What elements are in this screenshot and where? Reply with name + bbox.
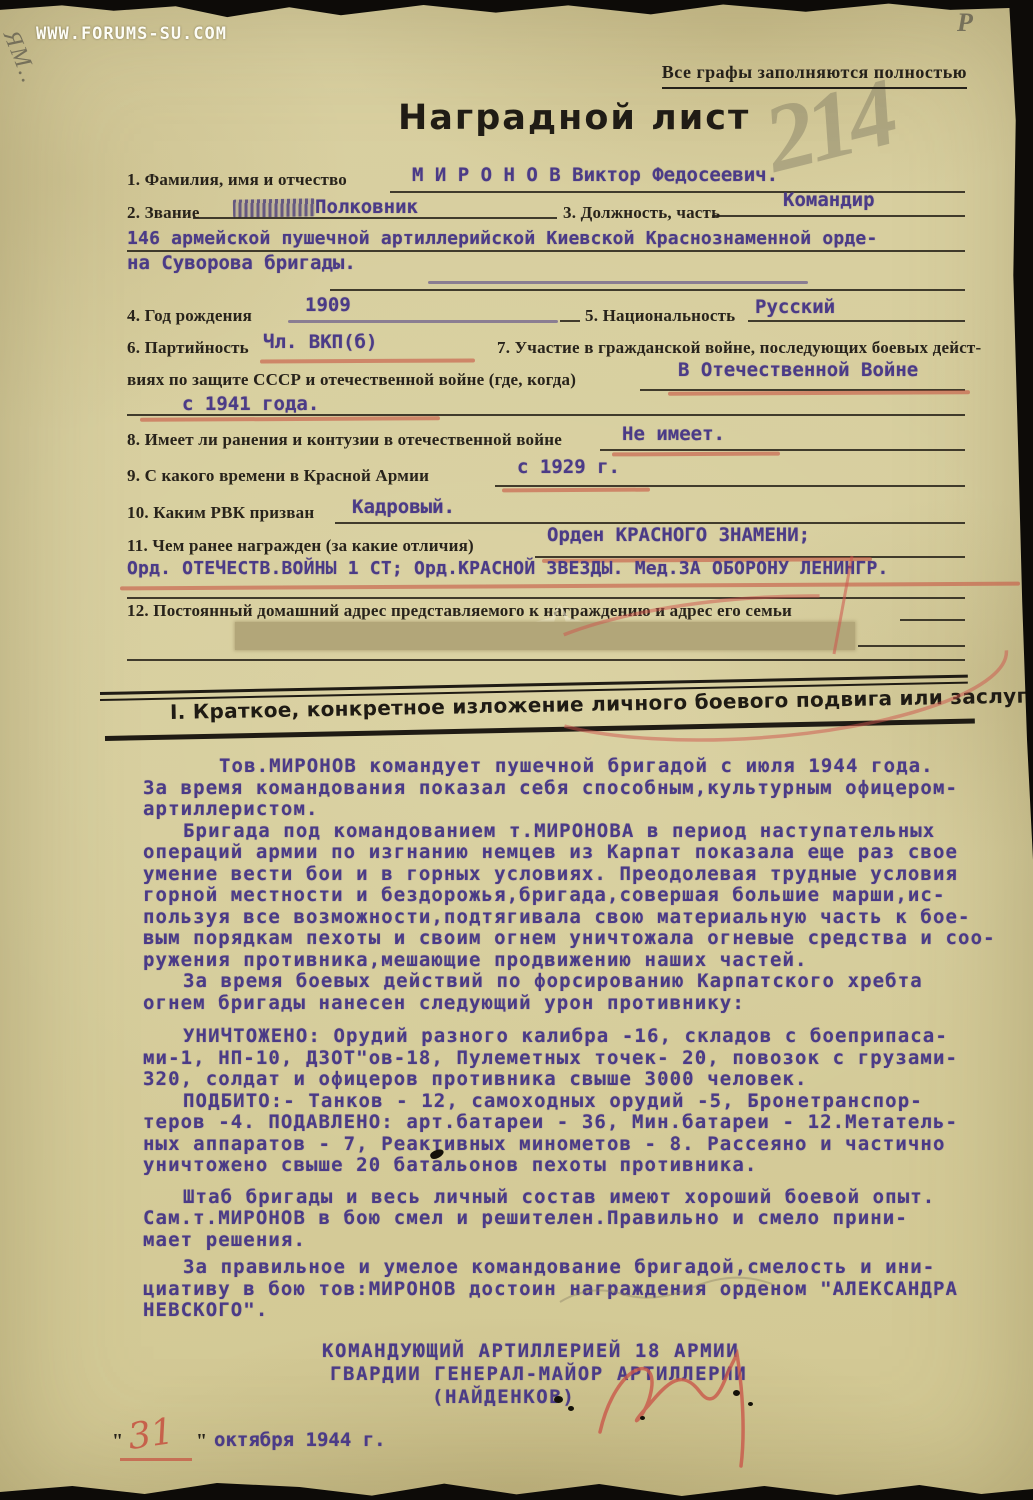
field10-label: 10. Каким РВК призван xyxy=(127,503,314,523)
red-underline xyxy=(612,452,780,457)
red-underline xyxy=(668,390,970,396)
red-underline xyxy=(140,416,440,422)
rule-line xyxy=(127,659,965,661)
field1-value: М И Р О Н О В Виктор Федосеевич. xyxy=(412,164,778,186)
field1-label: 1. Фамилия, имя и отчество xyxy=(127,170,347,190)
red-underline xyxy=(502,488,650,493)
field2-label: 2. Звание xyxy=(127,203,200,223)
rule-line xyxy=(127,414,965,416)
field6-label: 6. Партийность xyxy=(127,338,249,358)
field6-value: Чл. ВКП(б) xyxy=(263,331,377,353)
rule-line xyxy=(600,449,965,451)
paragraph: За правильное и умелое командование бриг… xyxy=(143,1257,999,1322)
field4-value: 1909 xyxy=(305,294,351,316)
rule-line xyxy=(390,191,965,193)
signature-title-line2: ГВАРДИИ ГЕНЕРАЛ-МАЙОР АРТИЛЛЕРИИ xyxy=(330,1363,747,1385)
red-underline xyxy=(260,358,475,363)
field7-label-line1: 7. Участие в гражданской войне, последую… xyxy=(497,338,981,358)
field8-label: 8. Имеет ли ранения и контузии в отечест… xyxy=(127,430,562,450)
field7-value1: В Отечественной Войне xyxy=(678,359,918,381)
date-open-quote: " xyxy=(112,1430,123,1453)
field4-label: 4. Год рождения xyxy=(127,306,252,326)
pencil-page-letter: Р xyxy=(957,8,973,38)
field11-value1: Орден КРАСНОГО ЗНАМЕНИ; xyxy=(547,524,810,546)
unit-line1: 146 армейской пушечной артиллерийской Ки… xyxy=(127,228,878,249)
signature-title-line1: КОМАНДУЮЩИЙ АРТИЛЛЕРИЕЙ 18 АРМИИ xyxy=(322,1340,739,1362)
field7-value2: с 1941 года. xyxy=(182,393,319,415)
award-sheet-document: WWW.FORUMS-SU.COM ЯМ.. Р 214 Все графы з… xyxy=(0,0,1033,1500)
paragraph: Бригада под командованием т.МИРОНОВА в п… xyxy=(143,821,999,972)
paragraph: УНИЧТОЖЕНО: Орудий разного калибра -16, … xyxy=(143,1026,999,1091)
paragraph: Тов.МИРОНОВ командует пушечной бригадой … xyxy=(143,756,999,821)
field3-label: 3. Должность, часть xyxy=(563,203,720,223)
field11-label: 11. Чем ранее награжден (за какие отличи… xyxy=(127,536,474,556)
struck-out-word xyxy=(233,198,315,217)
rule-line xyxy=(495,485,965,487)
red-underline xyxy=(120,1458,192,1461)
torn-edge-right xyxy=(1009,0,1033,860)
field12-label: 12. Постоянный домашний адрес представля… xyxy=(127,601,792,621)
rule-line xyxy=(560,320,580,322)
rule-line xyxy=(712,215,965,217)
date-close-quote: " xyxy=(196,1430,207,1453)
ink-blob xyxy=(568,1406,574,1411)
field7-label-line2: виях по защите СССР и отечественной войн… xyxy=(127,370,576,390)
date-text: октября 1944 г. xyxy=(214,1429,386,1451)
rule-line xyxy=(748,320,965,322)
field5-label: 5. Национальность xyxy=(585,306,735,326)
rule-line xyxy=(193,217,557,219)
field5-value: Русский xyxy=(755,296,835,318)
red-underline xyxy=(120,582,1020,591)
redacted-address-block xyxy=(235,622,855,650)
paragraph: За время боевых действий по форсированию… xyxy=(143,971,999,1014)
field9-value: с 1929 г. xyxy=(517,456,620,478)
typed-underline xyxy=(288,320,558,323)
field11-value2: Орд. ОТЕЧЕСТВ.ВОЙНЫ 1 СТ; Орд.КРАСНОЙ ЗВ… xyxy=(127,558,889,579)
torn-edge-top xyxy=(0,0,1033,18)
field8-value: Не имеет. xyxy=(622,423,725,445)
ink-blob xyxy=(640,1416,645,1420)
document-title: Наградной лист xyxy=(398,98,750,138)
citation-body: Тов.МИРОНОВ командует пушечной бригадой … xyxy=(143,756,999,1322)
unit-line2: на Суворова бригады. xyxy=(127,252,356,274)
rule-line xyxy=(900,619,965,621)
rule-line xyxy=(330,289,965,291)
paragraph: Штаб бригады и весь личный состав имеют … xyxy=(143,1187,999,1252)
date-day-handwritten: 31 xyxy=(125,1411,176,1458)
rule-line xyxy=(858,645,965,647)
typed-underline xyxy=(428,281,808,284)
forum-watermark: WWW.FORUMS-SU.COM xyxy=(36,24,227,44)
ink-blob xyxy=(554,1396,563,1403)
ink-blob xyxy=(748,1402,753,1406)
form-instruction-note: Все графы заполняются полностью xyxy=(662,62,967,89)
field3-value: Командир xyxy=(783,189,875,211)
field2-value: Полковник xyxy=(315,196,418,218)
ink-blob xyxy=(733,1390,740,1396)
paragraph: ПОДБИТО:- Танков - 12, самоходных орудий… xyxy=(143,1091,999,1177)
field9-label: 9. С какого времени в Красной Армии xyxy=(127,466,429,486)
torn-edge-bottom xyxy=(0,1480,1033,1500)
field10-value: Кадровый. xyxy=(352,496,455,518)
